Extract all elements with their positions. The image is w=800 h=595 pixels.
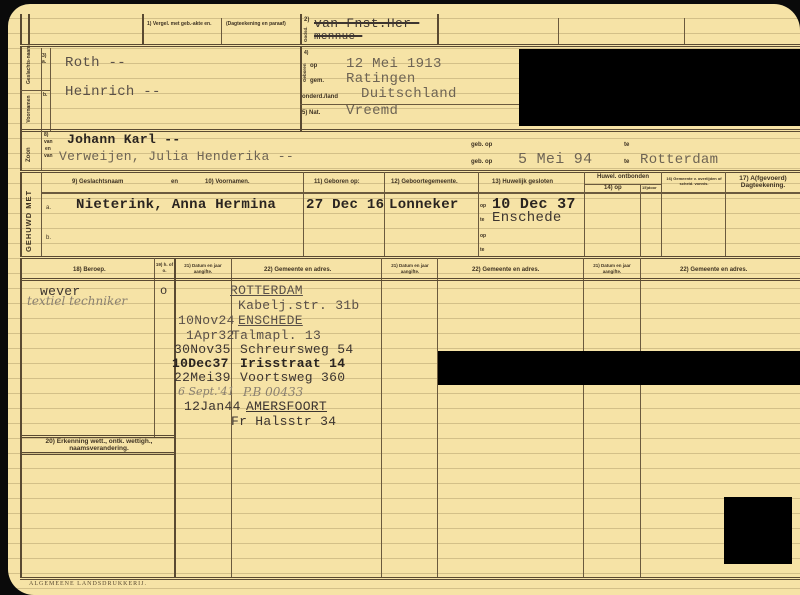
- divider: [437, 258, 438, 578]
- spouse-birthplace: Lonneker: [389, 197, 459, 213]
- birth-date-value: 12 Mei 1913: [346, 56, 442, 72]
- given-names-value: Heinrich --: [65, 84, 161, 100]
- address-entry: Schreursweg 54: [240, 342, 353, 357]
- divider: [20, 278, 800, 281]
- divider: [142, 14, 144, 44]
- nationality-label: 5) Nat.: [302, 110, 320, 116]
- divider: [221, 18, 222, 44]
- parents-van-label: van: [44, 139, 53, 145]
- address-date-header: 21) Datum en jaar aangifte.: [176, 263, 230, 275]
- col-header-dissolved: Huwel. ontbonden: [597, 174, 649, 180]
- birth-place-label: gem.: [310, 78, 324, 84]
- address-date-header-3: 21) Datum en jaar aangifte.: [585, 263, 639, 275]
- col19-header: 19) h. of o.: [155, 262, 174, 274]
- divider: [478, 172, 479, 257]
- address-entry: Irisstraat 14: [240, 356, 345, 371]
- mother-name: Verweijen, Julia Henderika --: [59, 149, 294, 164]
- address-header-3: 22) Gemeente en adres.: [680, 267, 747, 273]
- spouse-name: Nieterink, Anna Hermina: [76, 197, 276, 213]
- header-label-paraaf: (Dagteekening en paraaf): [226, 21, 286, 27]
- person-card: 1) Vergel. met geb.-akte en. (Dagteekeni…: [8, 4, 800, 595]
- address-date: 10Nov24: [178, 313, 235, 328]
- spouse-born: 27 Dec 16: [306, 197, 384, 213]
- son-side-label: Zoon: [26, 147, 32, 162]
- birth-place-value: Ratingen: [346, 71, 416, 87]
- address-entry: ENSCHEDE: [238, 313, 303, 328]
- divider: [20, 577, 800, 580]
- religion-num: 2): [304, 17, 309, 23]
- divider: [20, 452, 176, 455]
- divider: [640, 258, 641, 578]
- birth-country-label: onderd./land: [302, 94, 338, 100]
- divider: [41, 192, 800, 194]
- address-date: 22Mei39: [174, 370, 231, 385]
- father-born-label: geb. op: [471, 142, 492, 148]
- nationality-value: Vreemd: [346, 103, 398, 119]
- birth-date-label: op: [310, 63, 317, 69]
- address-date-header-2: 21) Datum en jaar aangifte.: [383, 263, 437, 275]
- col-header-surname: 9) Geslachtsnaam: [72, 179, 123, 185]
- col-header-municipality: 16) Gemeente v. overlijden of scheid. vo…: [664, 176, 724, 186]
- divider: [300, 46, 302, 131]
- parents-van2-label: van: [44, 153, 53, 159]
- divider: [20, 172, 22, 257]
- address-entry-handwritten: P.B 00433: [243, 385, 303, 399]
- divider: [50, 48, 51, 131]
- surname-num: 3) a.: [42, 53, 50, 65]
- address-entry: AMERSFOORT: [246, 399, 327, 414]
- header-label-verification: 1) Vergel. met geb.-akte en.: [147, 21, 211, 27]
- col-header-married: 13) Huwelijk gesloten: [492, 179, 553, 185]
- mother-born-at-label: te: [624, 159, 629, 165]
- address-date: 10Dec37: [172, 356, 229, 371]
- birth-country-value: Duitschland: [361, 86, 457, 102]
- father-name: Johann Karl --: [67, 132, 180, 147]
- religion-side-label: Godsd.: [303, 27, 308, 43]
- row-b-label: b.: [46, 235, 51, 241]
- divider: [300, 104, 530, 105]
- married-at-value: Enschede: [492, 210, 562, 226]
- address-header: 22) Gemeente en adres.: [264, 267, 331, 273]
- divider: [174, 258, 176, 578]
- mother-born-place: Rotterdam: [640, 152, 718, 168]
- divider: [20, 90, 50, 91]
- divider: [41, 172, 42, 257]
- married-at-label: te: [480, 217, 484, 223]
- address-date: 1Apr32: [186, 328, 235, 343]
- col-header-dissolved-on: 14) op: [604, 185, 622, 191]
- parents-en-label: en: [45, 146, 51, 152]
- given-num: b.: [43, 92, 47, 98]
- religion-value-struck: van Fnst.Her-: [314, 16, 419, 31]
- mother-born-date: 5 Mei 94: [518, 151, 592, 168]
- address-entry: Fr Halsstr 34: [231, 414, 336, 429]
- surname-side-label: Geslachts-naam: [26, 50, 32, 84]
- divider: [661, 172, 662, 257]
- recognition-header-line1: 20) Erkenning wett., ontk. wettigh.,: [46, 438, 153, 445]
- redaction-block: [724, 497, 792, 564]
- divider: [28, 14, 30, 44]
- divider: [558, 18, 559, 44]
- redaction-block: [519, 49, 800, 126]
- divider: [384, 172, 385, 257]
- address-entry: Kabelj.str. 31b: [238, 298, 360, 313]
- address-date-handwritten: 6 Sept.'41: [178, 385, 235, 398]
- divider: [640, 184, 641, 257]
- divider: [20, 170, 800, 173]
- birth-side-label: Geboren: [302, 63, 307, 82]
- birth-num: 4): [304, 50, 308, 56]
- col-header-born: 11) Geboren op:: [314, 179, 360, 185]
- divider: [725, 172, 726, 257]
- divider: [303, 172, 304, 257]
- address-entry: Voortsweg 360: [240, 370, 345, 385]
- mother-born-label: geb. op: [471, 159, 492, 165]
- col-header-dated: 17) A(fgevoerd) Dagteekening.: [728, 175, 798, 189]
- address-date: 30Nov35: [174, 342, 231, 357]
- col-header-given: 10) Voornamen.: [205, 179, 250, 185]
- divider: [20, 46, 22, 131]
- row-a-label: a.: [46, 205, 51, 211]
- married-at-b-label: te: [480, 247, 484, 253]
- divider: [684, 18, 685, 44]
- recognition-header: 20) Erkenning wett., ontk. wettigh., naa…: [26, 438, 172, 452]
- col-header-dissolved-by: 15)door: [642, 185, 657, 190]
- divider: [300, 14, 302, 44]
- divider: [583, 258, 584, 578]
- divider: [41, 131, 42, 171]
- redaction-block: [438, 351, 800, 385]
- given-side-label: Voornamen: [26, 92, 32, 126]
- divider: [381, 258, 382, 578]
- address-entry: Talmapl. 13: [232, 328, 321, 343]
- divider: [437, 14, 439, 44]
- occupation-handwritten: textiel techniker: [27, 294, 127, 308]
- married-on-label: op: [480, 203, 486, 209]
- col-header-birthplace: 12) Geboortegemeente.: [391, 179, 458, 185]
- religion-value-struck-2: mennue-: [314, 31, 362, 43]
- divider: [20, 14, 22, 44]
- divider: [20, 131, 22, 171]
- col19-value: o: [160, 284, 168, 298]
- parents-num: 8): [44, 132, 48, 138]
- married-on-b-label: op: [480, 233, 486, 239]
- col-header-en: en: [171, 179, 178, 185]
- address-header-2: 22) Gemeente en adres.: [472, 267, 539, 273]
- address-date: 12Jan44: [184, 399, 241, 414]
- surname-value: Roth --: [65, 55, 126, 71]
- printer-footer: ALGEMEENE LANDSDRUKKERIJ.: [29, 581, 147, 587]
- father-born-at-label: te: [624, 142, 629, 148]
- occupation-header: 18) Beroep.: [73, 267, 106, 273]
- divider: [20, 258, 22, 578]
- divider: [20, 44, 800, 47]
- divider: [20, 256, 800, 259]
- address-entry: ROTTERDAM: [230, 283, 303, 298]
- married-side-label: GEHUWD MET: [24, 190, 33, 252]
- divider: [154, 258, 155, 438]
- recognition-header-line2: naamsverandering.: [69, 445, 129, 452]
